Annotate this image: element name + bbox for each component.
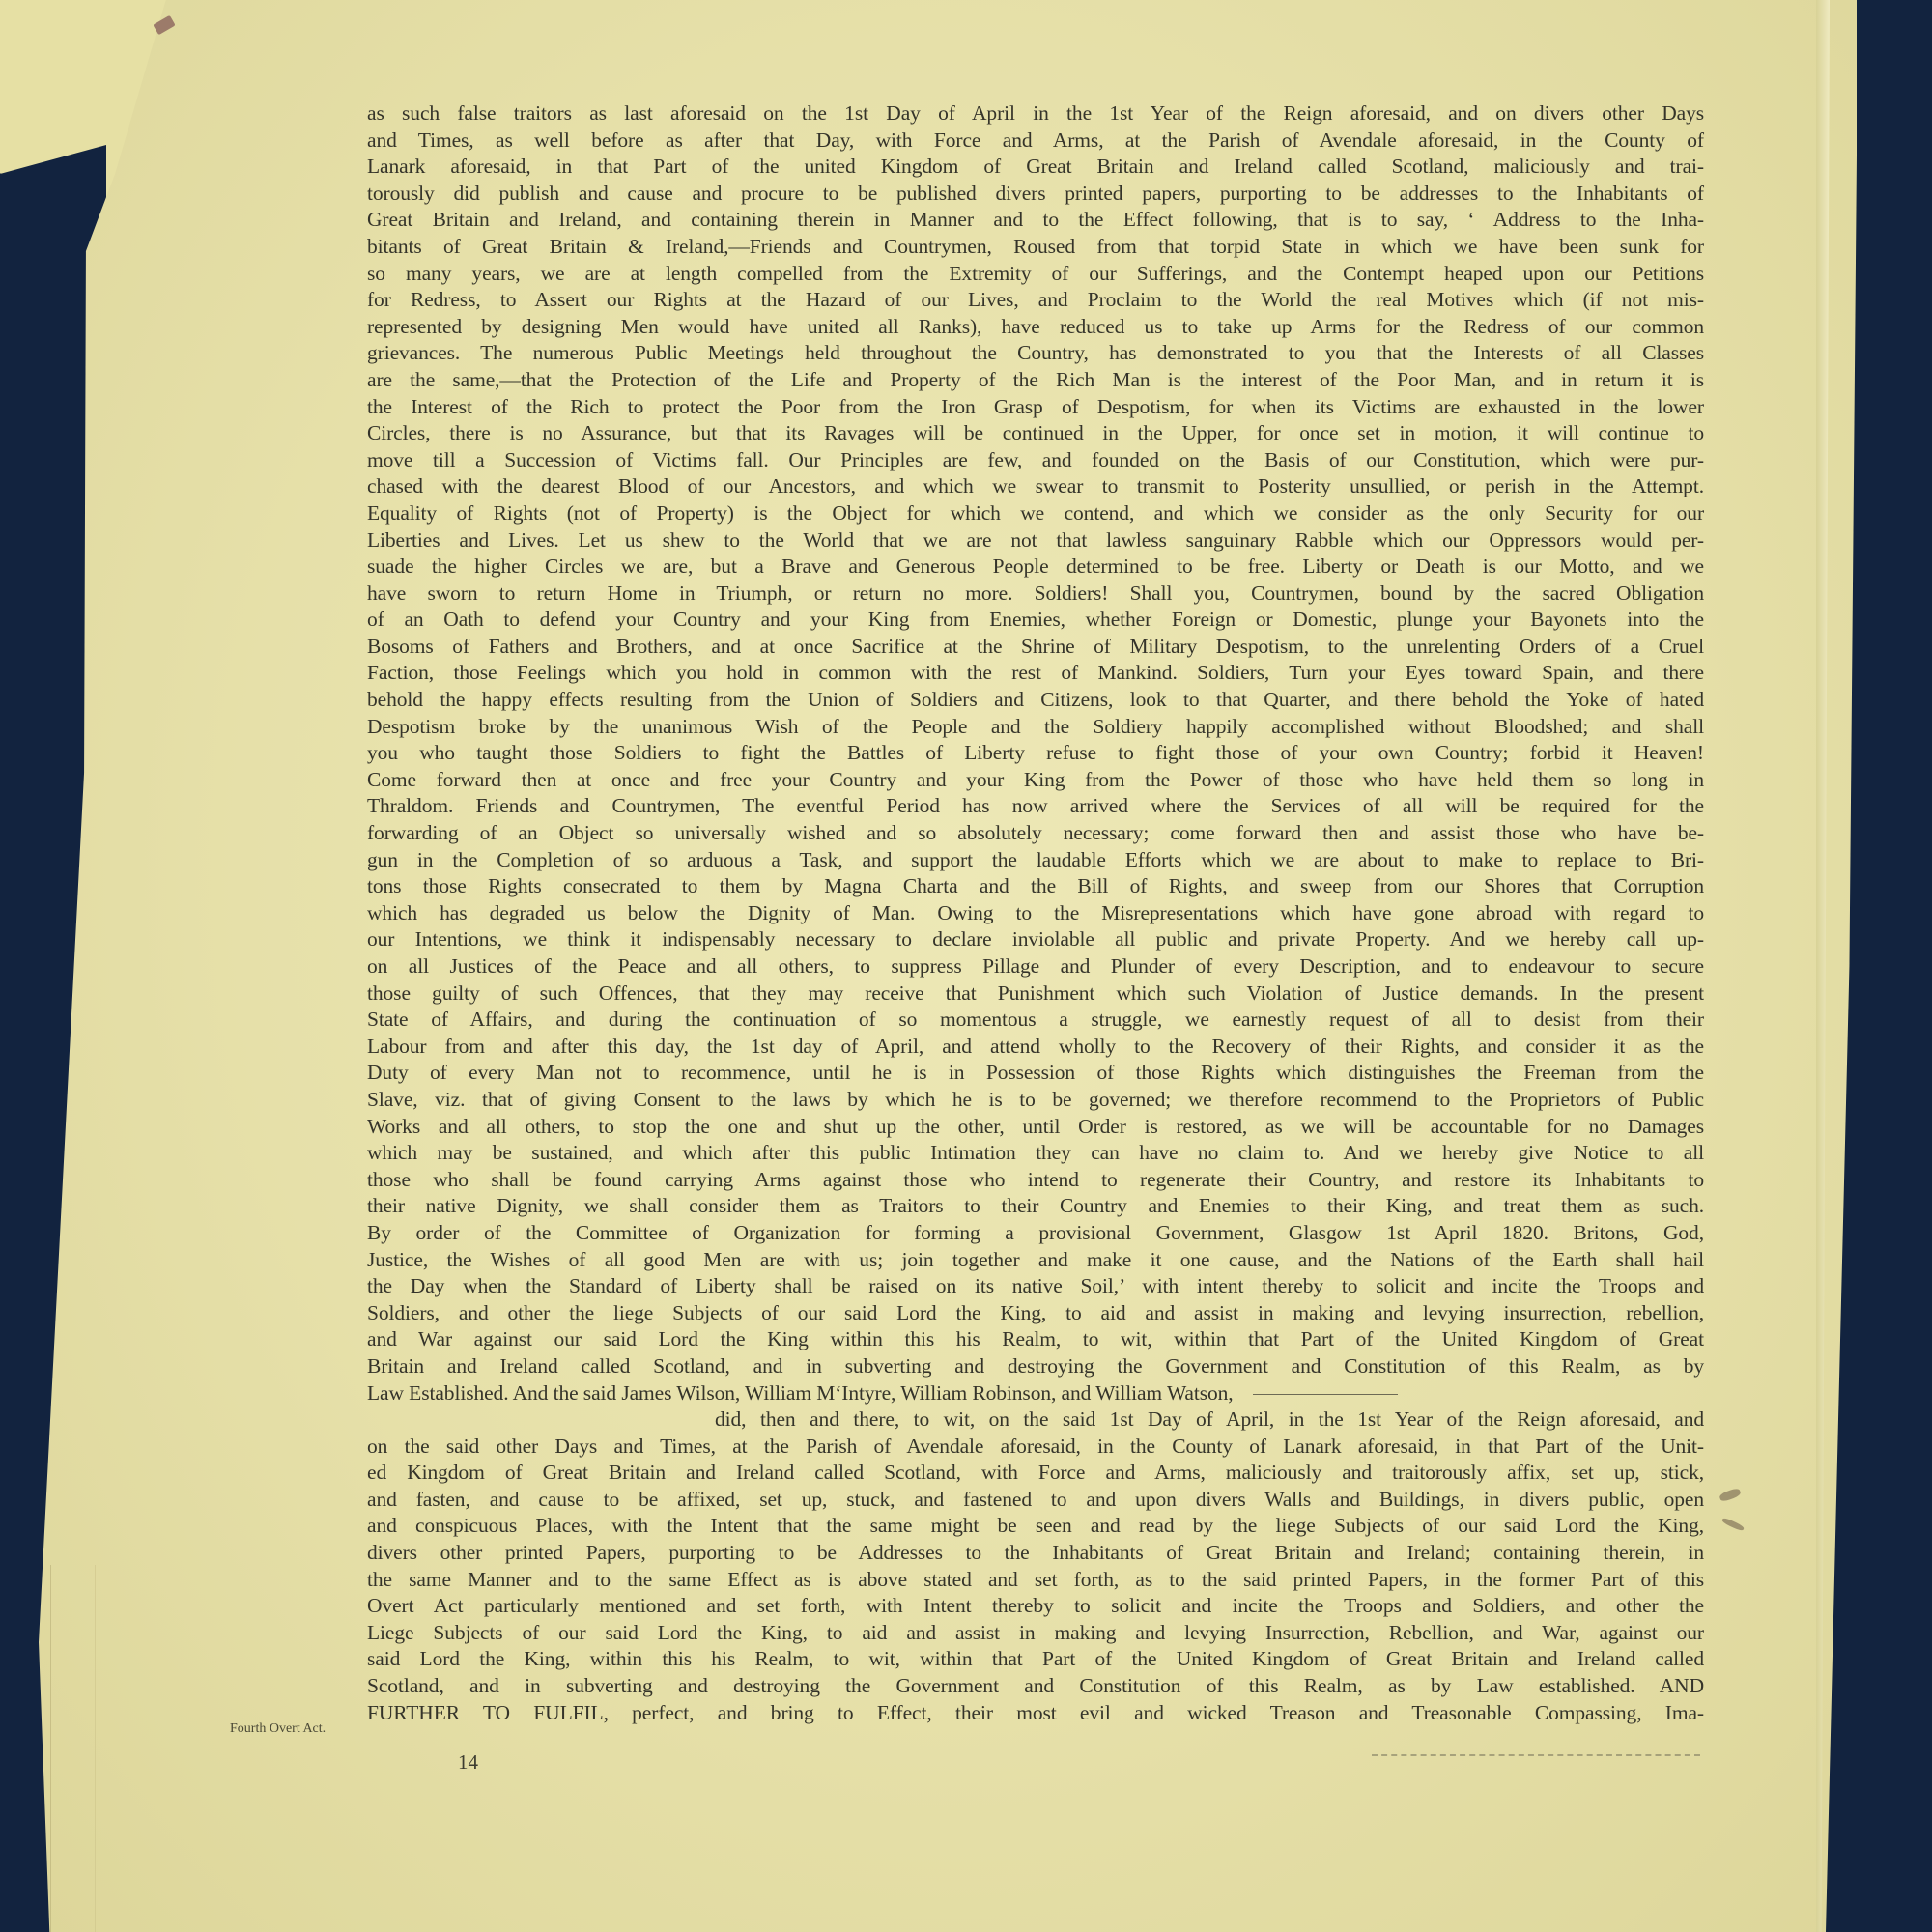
text-line: Lanark aforesaid, in that Part of the un… [367,154,1704,181]
text-line: those guilty of such Offences, that they… [367,980,1704,1008]
text-line: torously did publish and cause and procu… [367,181,1704,208]
text-line: Britain and Ireland called Scotland, and… [367,1353,1704,1380]
text-line: divers other printed Papers, purporting … [367,1540,1704,1567]
text-line: ed Kingdom of Great Britain and Ireland … [367,1460,1704,1487]
text-line: By order of the Committee of Organizatio… [367,1220,1704,1247]
text-line: our Intentions, we think it indispensabl… [367,926,1704,953]
text-line: bitants of Great Britain & Ireland,—Frie… [367,234,1704,261]
text-line: the Day when the Standard of Liberty sha… [367,1273,1704,1300]
text-line: grievances. The numerous Public Meetings… [367,340,1704,367]
text-line: Slave, viz. that of giving Consent to th… [367,1087,1704,1114]
text-line: FURTHER TO FULFIL, perfect, and bring to… [367,1700,1704,1727]
body-text: as such false traitors as last aforesaid… [367,100,1704,1726]
text-line: gun in the Completion of so arduous a Ta… [367,847,1704,874]
text-line: Equality of Rights (not of Property) is … [367,500,1704,527]
decorative-rule [1253,1394,1398,1395]
text-line: are the same,—that the Protection of the… [367,367,1704,394]
text-line: the Interest of the Rich to protect the … [367,394,1704,421]
text-line: tons those Rights consecrated to them by… [367,873,1704,900]
text-line: those who shall be found carrying Arms a… [367,1167,1704,1194]
text-line: Thraldom. Friends and Countrymen, The ev… [367,793,1704,820]
text-line: represented by designing Men would have … [367,314,1704,341]
text-line: the same Manner and to the same Effect a… [367,1567,1704,1594]
text-line: Scotland, and in subverting and destroyi… [367,1673,1704,1700]
bottom-rule [1372,1754,1700,1757]
text-line: which has degraded us below the Dignity … [367,900,1704,927]
text-line: Circles, there is no Assurance, but that… [367,420,1704,447]
text-line: and War against our said Lord the King w… [367,1326,1704,1353]
text-line: on all Justices of the Peace and all oth… [367,953,1704,980]
text-line: said Lord the King, within this his Real… [367,1646,1704,1673]
text-line: as such false traitors as last aforesaid… [367,100,1704,128]
text-line: chased with the dearest Blood of our Anc… [367,473,1704,500]
text-line: Duty of every Man not to recommence, unt… [367,1060,1704,1087]
marginal-note: Fourth Overt Act. [230,1721,326,1737]
text-line: for Redress, to Assert our Rights at the… [367,287,1704,314]
text-line: and fasten, and cause to be affixed, set… [367,1487,1704,1514]
text-line: did, then and there, to wit, on the said… [367,1406,1704,1434]
text-line: Despotism broke by the unanimous Wish of… [367,714,1704,741]
text-line: and conspicuous Places, with the Intent … [367,1513,1704,1540]
text-line: and Times, as well before as after that … [367,128,1704,155]
text-line: behold the happy effects resulting from … [367,687,1704,714]
text-line: their native Dignity, we shall consider … [367,1193,1704,1220]
page-number: 14 [458,1750,478,1775]
text-line: Justice, the Wishes of all good Men are … [367,1247,1704,1274]
text-line: Liege Subjects of our said Lord the King… [367,1620,1704,1647]
text-line: suade the higher Circles we are, but a B… [367,554,1704,581]
text-line: State of Affairs, and during the continu… [367,1007,1704,1034]
text-line: forwarding of an Object so universally w… [367,820,1704,847]
text-line: Soldiers, and other the liege Subjects o… [367,1300,1704,1327]
text-line: Liberties and Lives. Let us shew to the … [367,527,1704,554]
text-line: of an Oath to defend your Country and yo… [367,607,1704,634]
text-line: which may be sustained, and which after … [367,1140,1704,1167]
page-fold-left [50,1565,96,1932]
text-line: have sworn to return Home in Triumph, or… [367,581,1704,608]
text-line: so many years, we are at length compelle… [367,261,1704,288]
text-line: move till a Succession of Victims fall. … [367,447,1704,474]
text-line: Overt Act particularly mentioned and set… [367,1593,1704,1620]
text-line: Bosoms of Fathers and Brothers, and at o… [367,634,1704,661]
text-line: Works and all others, to stop the one an… [367,1114,1704,1141]
text-line: you who taught those Soldiers to fight t… [367,740,1704,767]
text-line: on the said other Days and Times, at the… [367,1434,1704,1461]
text-line: Great Britain and Ireland, and containin… [367,207,1704,234]
text-line: Faction, those Feelings which you hold i… [367,660,1704,687]
text-line: Come forward then at once and free your … [367,767,1704,794]
text-line: Labour from and after this day, the 1st … [367,1034,1704,1061]
text-line: Law Established. And the said James Wils… [367,1380,1704,1407]
